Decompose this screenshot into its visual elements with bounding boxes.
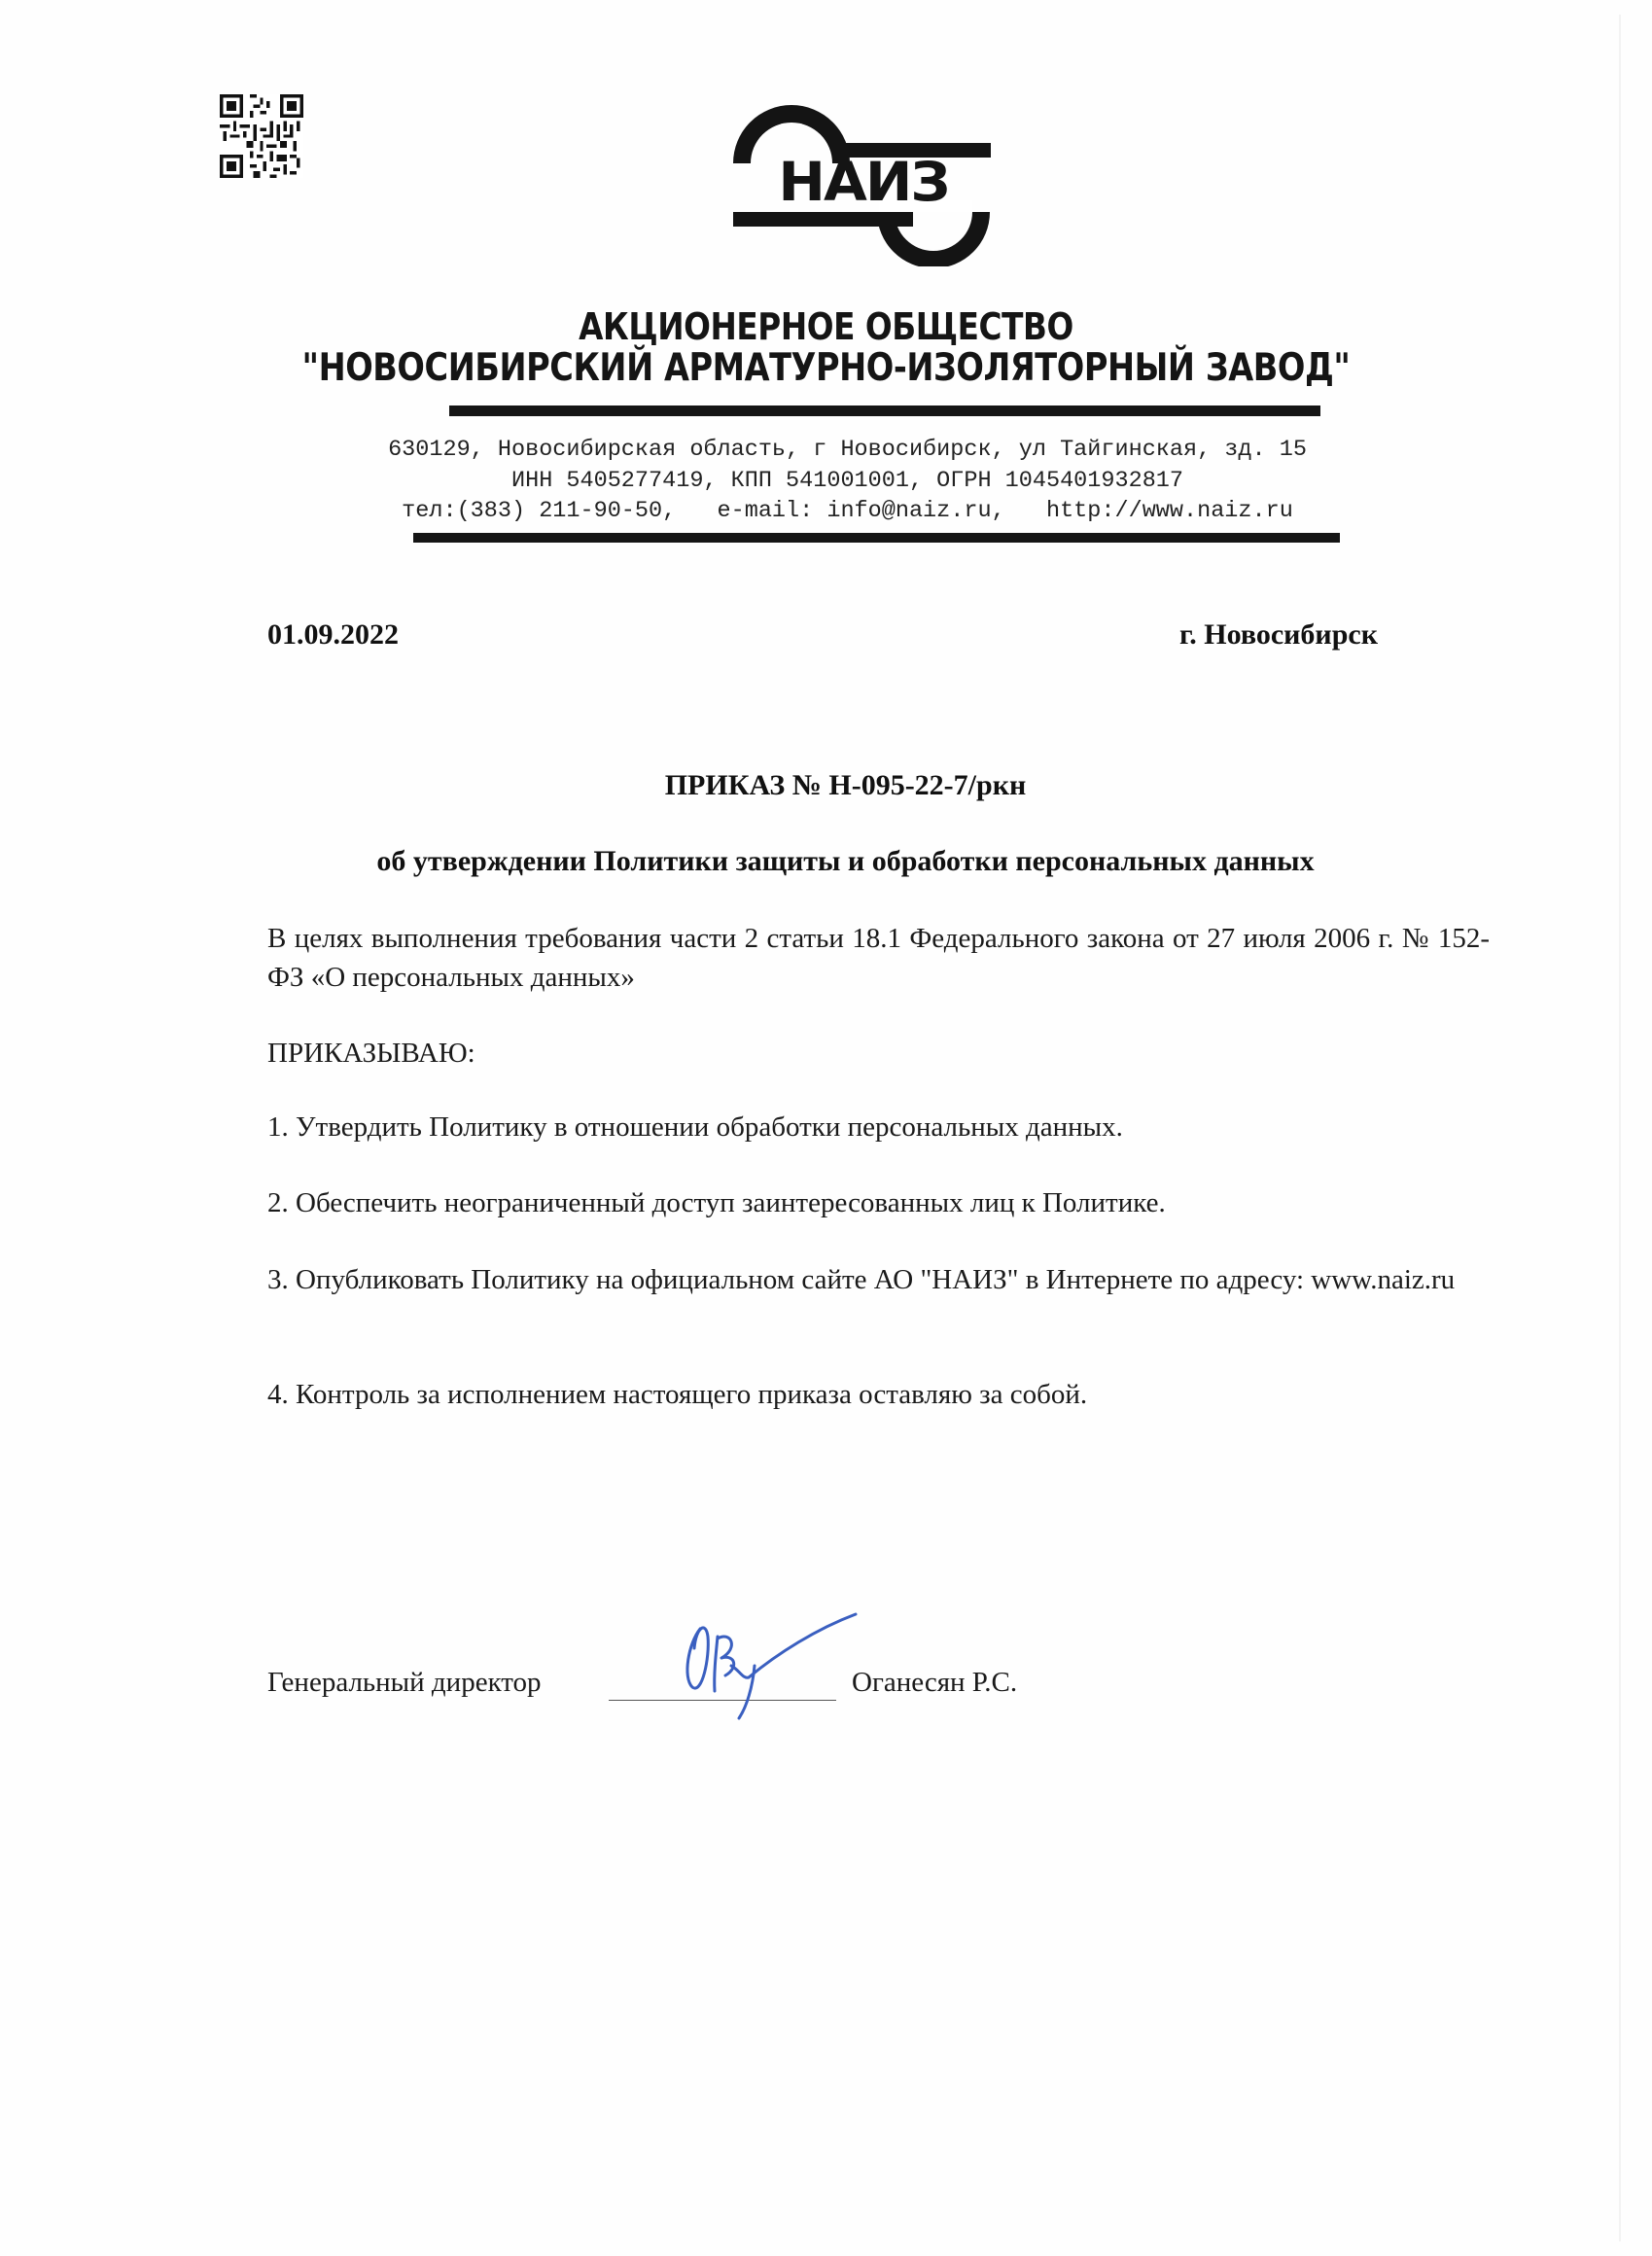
org-registration: ИНН 5405277419, КПП 541001001, ОГРН 1045…: [21, 468, 1652, 494]
order-preamble: В целях выполнения требования части 2 ст…: [267, 919, 1490, 997]
handwritten-signature-icon: [671, 1609, 865, 1721]
order-directive-word: ПРИКАЗЫВАЮ:: [267, 1034, 1490, 1073]
signatory-role: Генеральный директор: [267, 1667, 542, 1699]
org-title-line1: АКЦИОНЕРНОЕ ОБЩЕСТВО: [116, 305, 1536, 348]
order-subject: об утверждении Политики защиты и обработ…: [0, 845, 1652, 878]
scan-edge-line: [1619, 15, 1621, 2241]
document-page: НАИЗ АКЦИОНЕРНОЕ ОБЩЕСТВО "НОВОСИБИРСКИЙ…: [0, 0, 1652, 2256]
naiz-logo-icon: НАИЗ: [731, 105, 996, 266]
document-city: г. Новосибирск: [1179, 618, 1378, 652]
org-contacts: тел:(383) 211-90-50, e-mail: info@naiz.r…: [21, 498, 1652, 524]
order-item: 2. Обеспечить неограниченный доступ заин…: [267, 1183, 1490, 1222]
signatory-name: Оганесян Р.С.: [852, 1667, 1017, 1699]
document-date: 01.09.2022: [267, 618, 399, 652]
logo-text: НАИЗ: [778, 151, 948, 213]
order-title: ПРИКАЗ № Н-095-22-7/ркн: [0, 769, 1652, 802]
header-rule-top: [449, 405, 1320, 416]
order-item: 4. Контроль за исполнением настоящего пр…: [267, 1375, 1490, 1414]
org-address: 630129, Новосибирская область, г Новосиб…: [21, 437, 1652, 463]
org-title-line2: "НОВОСИБИРСКИЙ АРМАТУРНО-ИЗОЛЯТОРНЫЙ ЗАВ…: [116, 346, 1536, 390]
qr-code-icon: [219, 94, 304, 178]
order-item: 3. Опубликовать Политику на официальном …: [267, 1260, 1490, 1299]
header-rule-bottom: [413, 533, 1340, 543]
order-item: 1. Утвердить Политику в отношении обрабо…: [267, 1108, 1490, 1146]
